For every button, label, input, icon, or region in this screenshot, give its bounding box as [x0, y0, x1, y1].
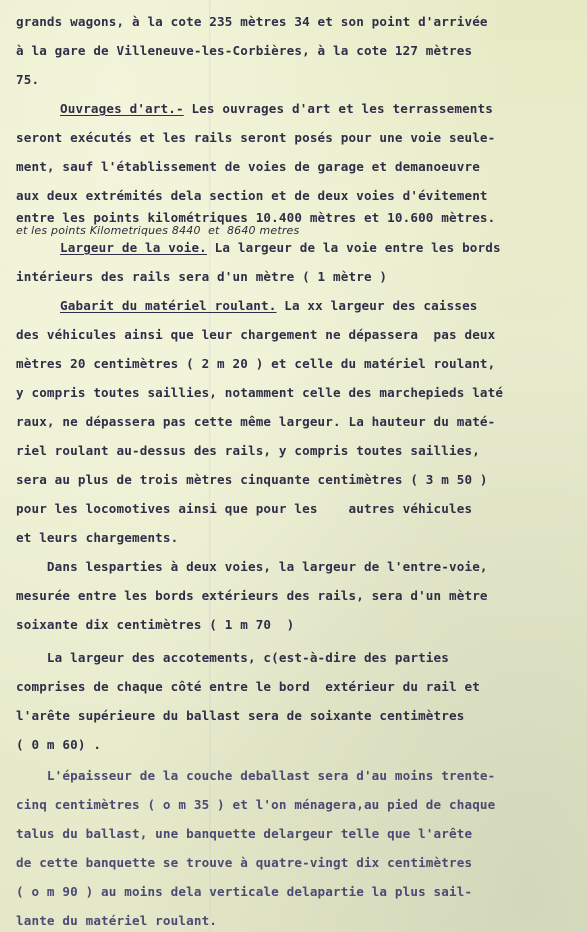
text-line: de cette banquette se trouve à quatre-vi…: [16, 855, 472, 870]
text-line: entre les points kilométriques 10.400 mè…: [16, 210, 495, 225]
heading-ouvrages: Ouvrages d'art.-: [60, 101, 184, 116]
text-line: seront exécutés et les rails seront posé…: [16, 130, 495, 145]
text-line: La largeur des accotements, c(est-à-dire…: [16, 650, 449, 665]
text-line: y compris toutes saillies, notamment cel…: [16, 385, 503, 400]
paragraph-ouvrages: Ouvrages d'art.- Les ouvrages d'art et l…: [60, 101, 493, 116]
text-line: intérieurs des rails sera d'un mètre ( 1…: [16, 269, 387, 284]
text-line: aux deux extrémités dela section et de d…: [16, 188, 488, 203]
heading-gabarit: Gabarit du matériel roulant.: [60, 298, 277, 313]
text-line: grands wagons, à la cote 235 mètres 34 e…: [16, 14, 488, 29]
paragraph-gabarit: Gabarit du matériel roulant. La xx large…: [60, 298, 478, 313]
handwritten-annotation: et les points Kilometriques 8440 et 8640…: [16, 224, 299, 237]
text-line: raux, ne dépassera pas cette même largeu…: [16, 414, 495, 429]
text-line: à la gare de Villeneuve-les-Corbières, à…: [16, 43, 472, 58]
text-largeur: La largeur de la voie entre les bords: [207, 240, 501, 255]
text-line: l'arête supérieure du ballast sera de so…: [16, 708, 464, 723]
text-line: et leurs chargements.: [16, 530, 178, 545]
heading-largeur: Largeur de la voie.: [60, 240, 207, 255]
text-line: comprises de chaque côté entre le bord e…: [16, 679, 480, 694]
text-line: ment, sauf l'établissement de voies de g…: [16, 159, 480, 174]
text-line: cinq centimètres ( o m 35 ) et l'on ména…: [16, 797, 495, 812]
paragraph-largeur: Largeur de la voie. La largeur de la voi…: [60, 240, 501, 255]
text-line: lante du matériel roulant.: [16, 913, 217, 928]
text-line: sera au plus de trois mètres cinquante c…: [16, 472, 488, 487]
text-line: riel roulant au-dessus des rails, y comp…: [16, 443, 480, 458]
text-line: talus du ballast, une banquette delargeu…: [16, 826, 472, 841]
text-line: soixante dix centimètres ( 1 m 70 ): [16, 617, 294, 632]
text-line: mètres 20 centimètres ( 2 m 20 ) et cell…: [16, 356, 495, 371]
text-line: mesurée entre les bords extérieurs des r…: [16, 588, 488, 603]
text-line: L'épaisseur de la couche deballast sera …: [16, 768, 495, 783]
text-gabarit: La xx largeur des caisses: [277, 298, 478, 313]
text-line: des véhicules ainsi que leur chargement …: [16, 327, 495, 342]
text-line: ( o m 90 ) au moins dela verticale delap…: [16, 884, 472, 899]
text-ouvrages: Les ouvrages d'art et les terrassements: [184, 101, 493, 116]
text-line: 75.: [16, 72, 39, 87]
text-line: Dans lesparties à deux voies, la largeur…: [16, 559, 488, 574]
text-line: ( 0 m 60) .: [16, 737, 101, 752]
text-line: pour les locomotives ainsi que pour les …: [16, 501, 472, 516]
